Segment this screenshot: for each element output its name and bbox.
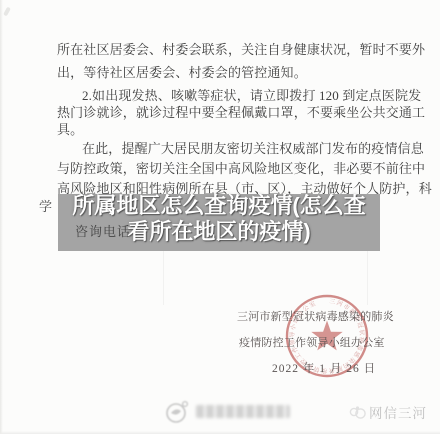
article-title-line1: 所属地区怎么查询疫情(怎么查 [58, 193, 380, 219]
doc-text-fragment: 学 [39, 196, 52, 215]
article-title-overlay: 所属地区怎么查询疫情(怎么查 看所在地区的疫情) [58, 193, 380, 245]
signature-org-line2: 疫情防控工作领导小组办公室 [239, 334, 385, 350]
signature-date: 2022 年 1 月 26 日 [272, 360, 376, 376]
wangxin-watermark-label: 网信三河 [369, 402, 427, 422]
doc-text-line: 具。 [57, 119, 83, 138]
fold-line [163, 245, 164, 305]
signature-org-line1: 三河市新型冠状病毒感染的肺炎 [237, 308, 394, 324]
wangxin-logo-icon [349, 405, 366, 420]
doc-text-line: 热门诊就诊，就诊过程中要全程佩戴口罩，不要乘坐公共交通工 [57, 102, 425, 121]
article-title-line2: 看所在地区的疫情) [58, 219, 380, 245]
scan-speck [3, 7, 11, 17]
article-image: 所在社区居委会、村委会联系，关注自身健康状况，暂时不要外 出，等待社区居委会、村… [0, 0, 440, 434]
wangxin-watermark: 网信三河 [349, 402, 427, 422]
doc-text-line: 在此，提醒广大居民朋友密切关注权威部门发布的疫情信息 [82, 138, 424, 157]
doc-text-line: 出，等待社区居委会、村委会的管控通知。 [57, 62, 307, 81]
blurred-watermark-text [196, 405, 290, 418]
blurred-watermark-logo-icon [164, 399, 190, 425]
doc-text-line: 与防控政策，密切关注全国中高风险地区变化，非必要不前往中 [57, 158, 425, 177]
scan-edge-shade [0, 0, 3, 434]
doc-text-line: 所在社区居委会、村委会联系，关注自身健康状况，暂时不要外 [57, 39, 425, 58]
